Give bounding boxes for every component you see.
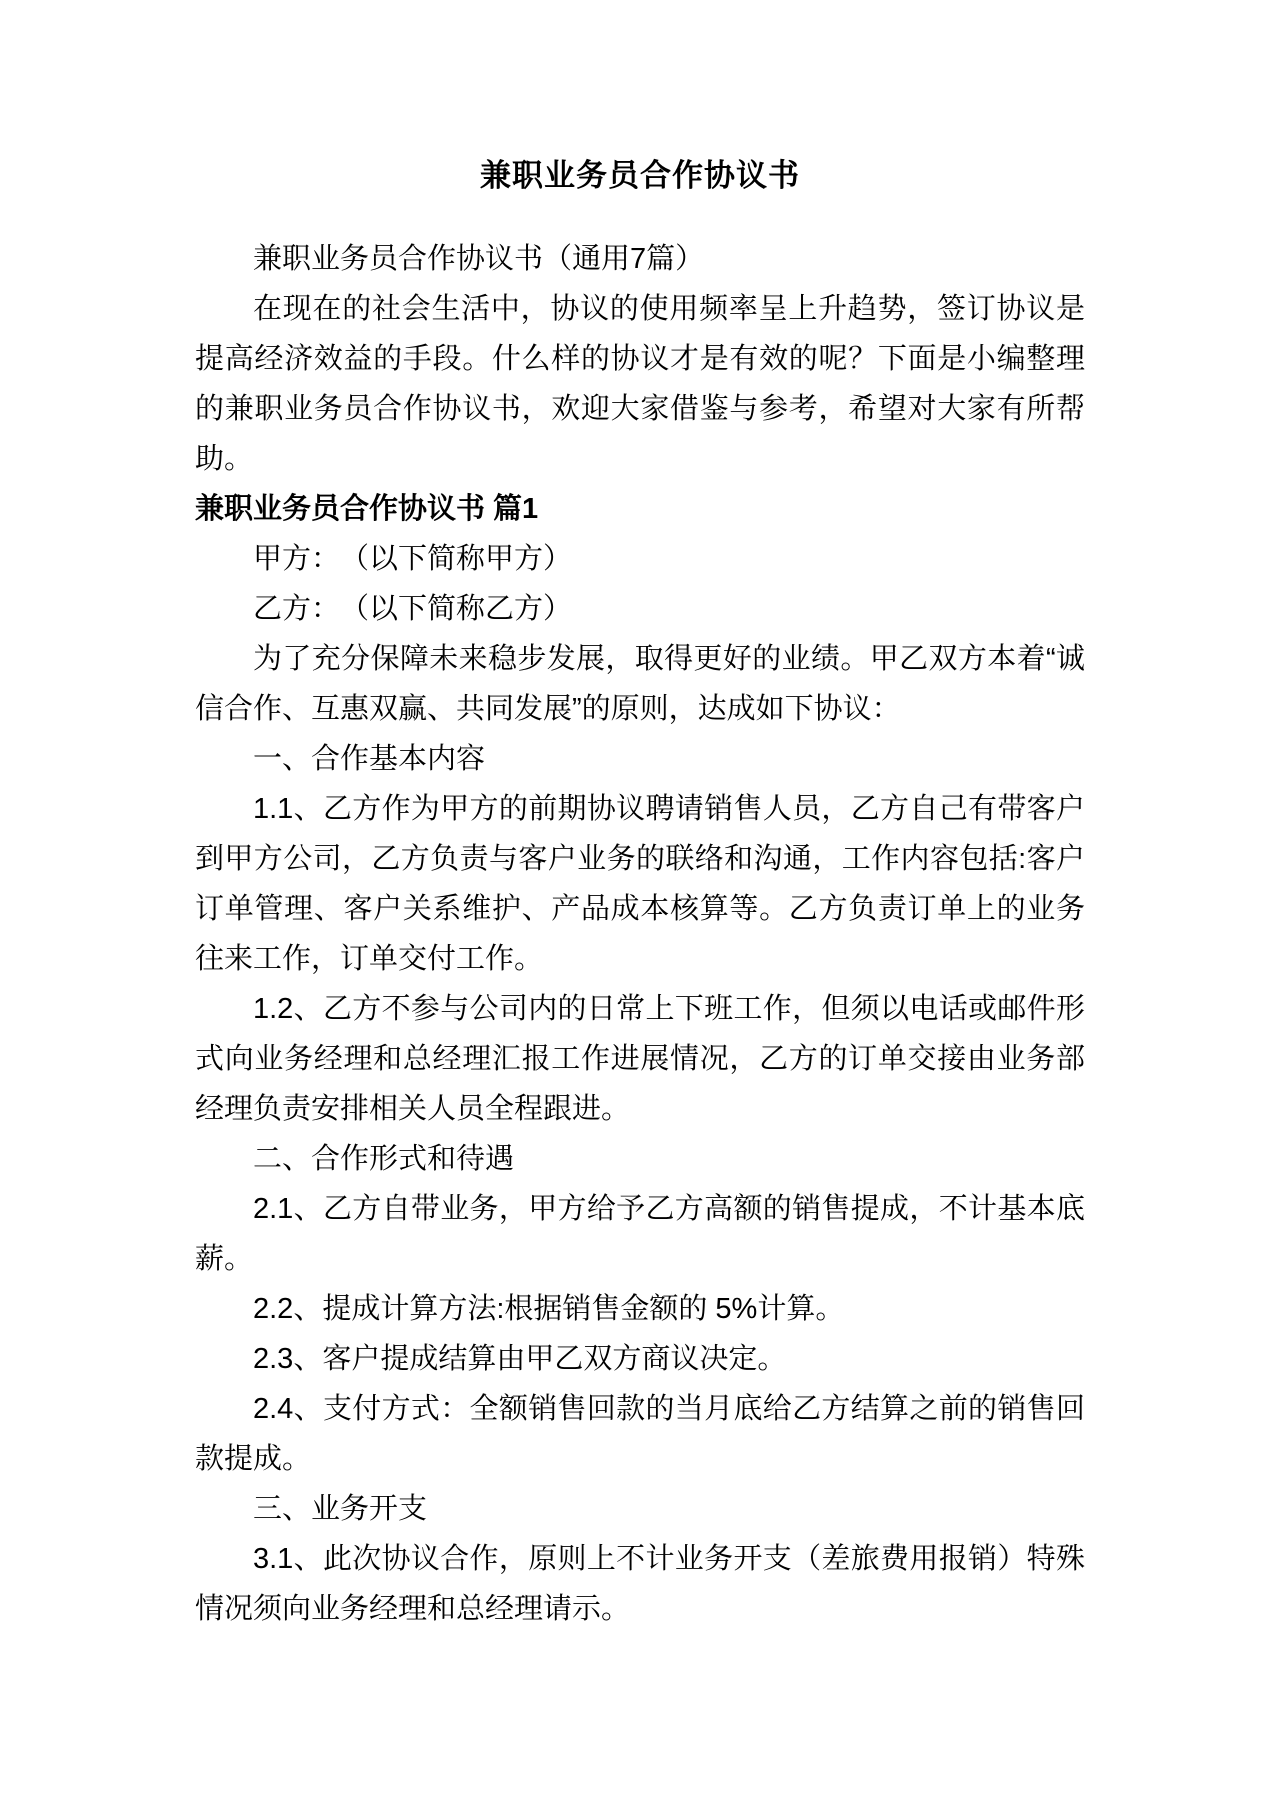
document-page: 兼职业务员合作协议书 兼职业务员合作协议书（通用7篇）在现在的社会生活中，协议的…	[0, 0, 1280, 1810]
paragraph-party-b: 乙方： （以下简称乙方）	[195, 584, 1085, 634]
paragraph-subtitle: 兼职业务员合作协议书（通用7篇）	[195, 234, 1085, 284]
section-heading-part1: 兼职业务员合作协议书 篇1	[195, 484, 1085, 534]
clause-heading-1: 一、合作基本内容	[195, 734, 1085, 784]
clause-heading-2: 二、合作形式和待遇	[195, 1134, 1085, 1184]
clause-heading-3: 三、业务开支	[195, 1484, 1085, 1534]
clause-1-2: 1.2、乙方不参与公司内的日常上下班工作，但须以电话或邮件形式向业务经理和总经理…	[195, 984, 1085, 1134]
document-title: 兼职业务员合作协议书	[195, 148, 1085, 204]
paragraph-party-a: 甲方： （以下简称甲方）	[195, 534, 1085, 584]
clause-1-1: 1.1、乙方作为甲方的前期协议聘请销售人员，乙方自己有带客户到甲方公司，乙方负责…	[195, 784, 1085, 984]
document-body: 兼职业务员合作协议书（通用7篇）在现在的社会生活中，协议的使用频率呈上升趋势，签…	[195, 234, 1085, 1634]
clause-2-4: 2.4、支付方式：全额销售回款的当月底给乙方结算之前的销售回款提成。	[195, 1384, 1085, 1484]
clause-3-1: 3.1、此次协议合作，原则上不计业务开支（差旅费用报销）特殊情况须向业务经理和总…	[195, 1534, 1085, 1634]
paragraph-preamble: 为了充分保障未来稳步发展，取得更好的业绩。甲乙双方本着“诚信合作、互惠双赢、共同…	[195, 634, 1085, 734]
clause-2-3: 2.3、客户提成结算由甲乙双方商议决定。	[195, 1334, 1085, 1384]
clause-2-2: 2.2、提成计算方法:根据销售金额的 5%计算。	[195, 1284, 1085, 1334]
paragraph-intro: 在现在的社会生活中，协议的使用频率呈上升趋势，签订协议是提高经济效益的手段。什么…	[195, 284, 1085, 484]
clause-2-1: 2.1、乙方自带业务，甲方给予乙方高额的销售提成，不计基本底薪。	[195, 1184, 1085, 1284]
